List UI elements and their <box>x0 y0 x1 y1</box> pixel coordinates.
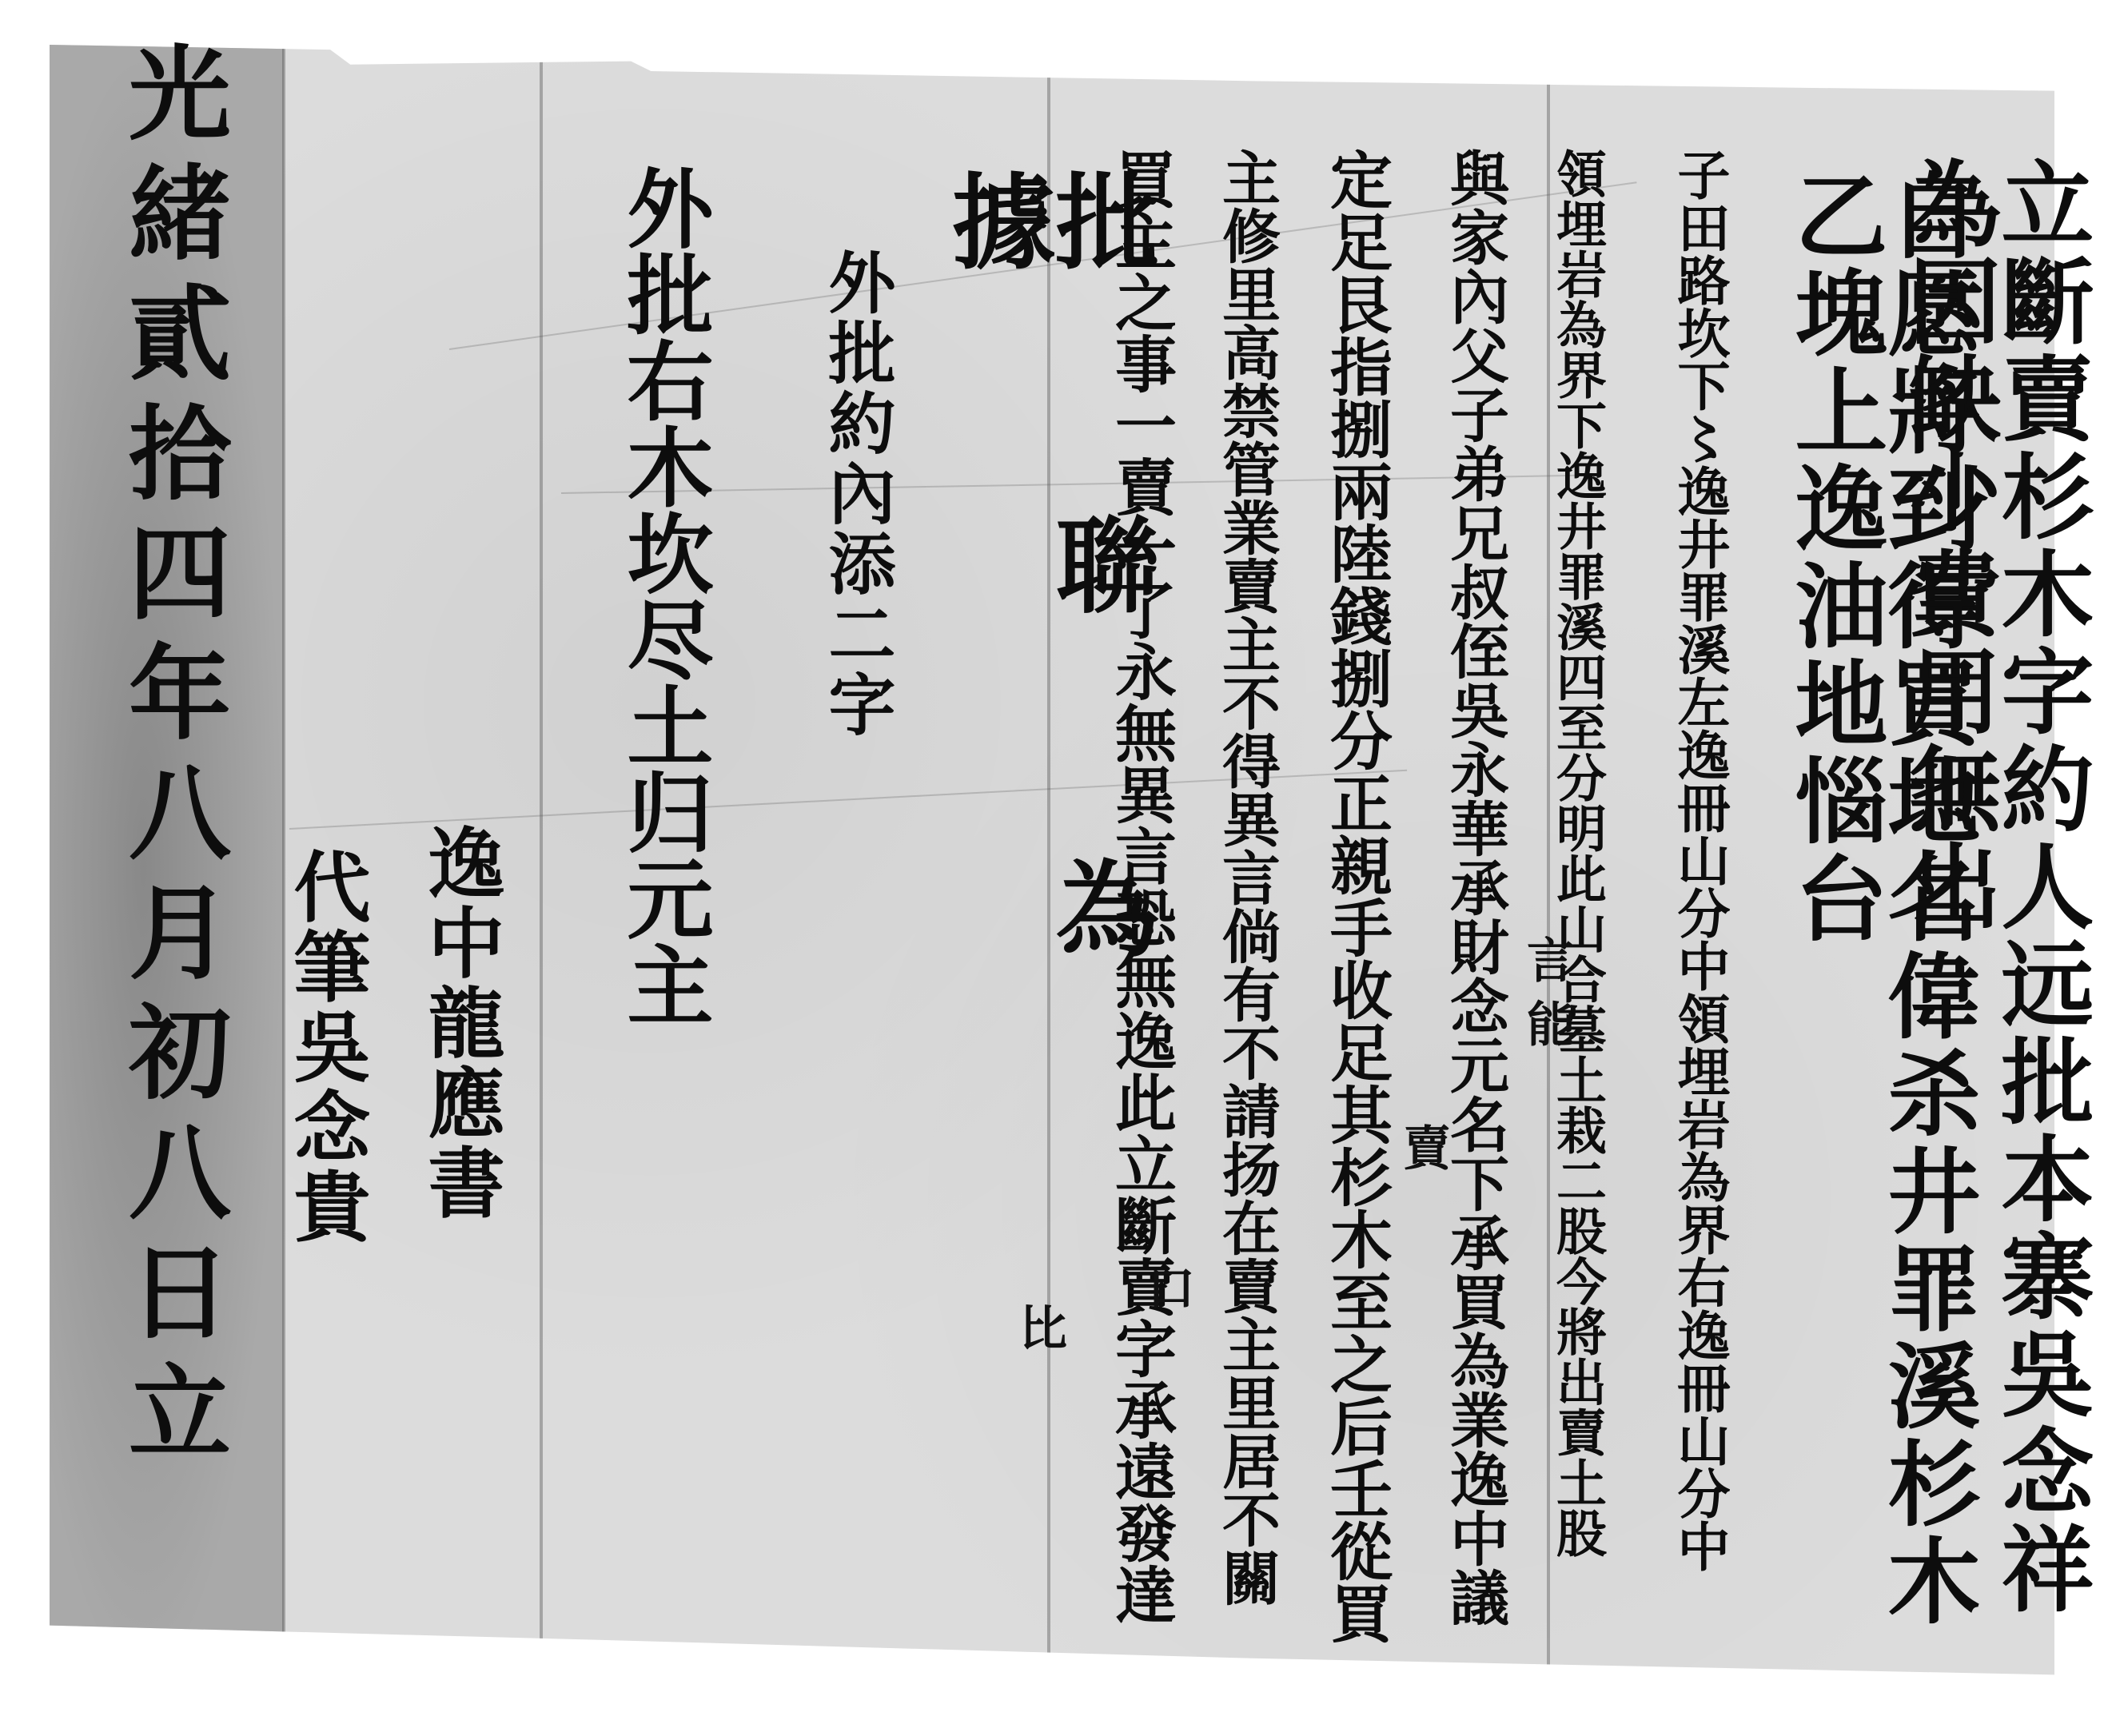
text-column-7: 主修里高禁管業賣主不得異言倘有不請扬在賣主里居不關 <box>1217 148 1275 1682</box>
text-column-10-postscript: 外批約內添二字 <box>823 248 891 740</box>
interlinear-note: 賣 <box>1399 1123 1447 1171</box>
text-column-2: 自愿將到得買地名偉杀井罪溪杉木乙塊上逸油地惱台 <box>1787 168 1973 1686</box>
text-column-6: 定足艮指捌兩陸錢捌分正親手收足其杉木至之后壬從買 <box>1325 148 1387 1666</box>
date-column: 光緒貳拾四年八月初八日立 <box>120 40 222 1718</box>
text-column-3: 子田路坎下〻逸井罪溪左逸冊山分中領埋岩為界右逸冊山分中 <box>1673 148 1726 1666</box>
fold-line <box>540 45 543 1691</box>
interlinear-note: 能 <box>1523 999 1571 1047</box>
interlinear-note: 言 <box>1523 935 1571 983</box>
text-column-11-postscript: 外批右木坎尽土归元主 <box>620 164 706 1027</box>
text-column-5: 與家內父子弟兄叔侄吳永華承財念元名下承買為業逸中議 <box>1445 148 1504 1666</box>
scribe-signature: 代筆吳念貴 <box>288 847 365 1247</box>
witness-signature: 逸中龍應書 <box>422 823 499 1223</box>
text-column-9-seal-phrase: 批聯為據 <box>943 168 1151 1527</box>
text-column-4: 領埋岩為界下逸井罪溪四至分明此山合墓土栽二股今將出賣土股 <box>1552 148 1603 1666</box>
